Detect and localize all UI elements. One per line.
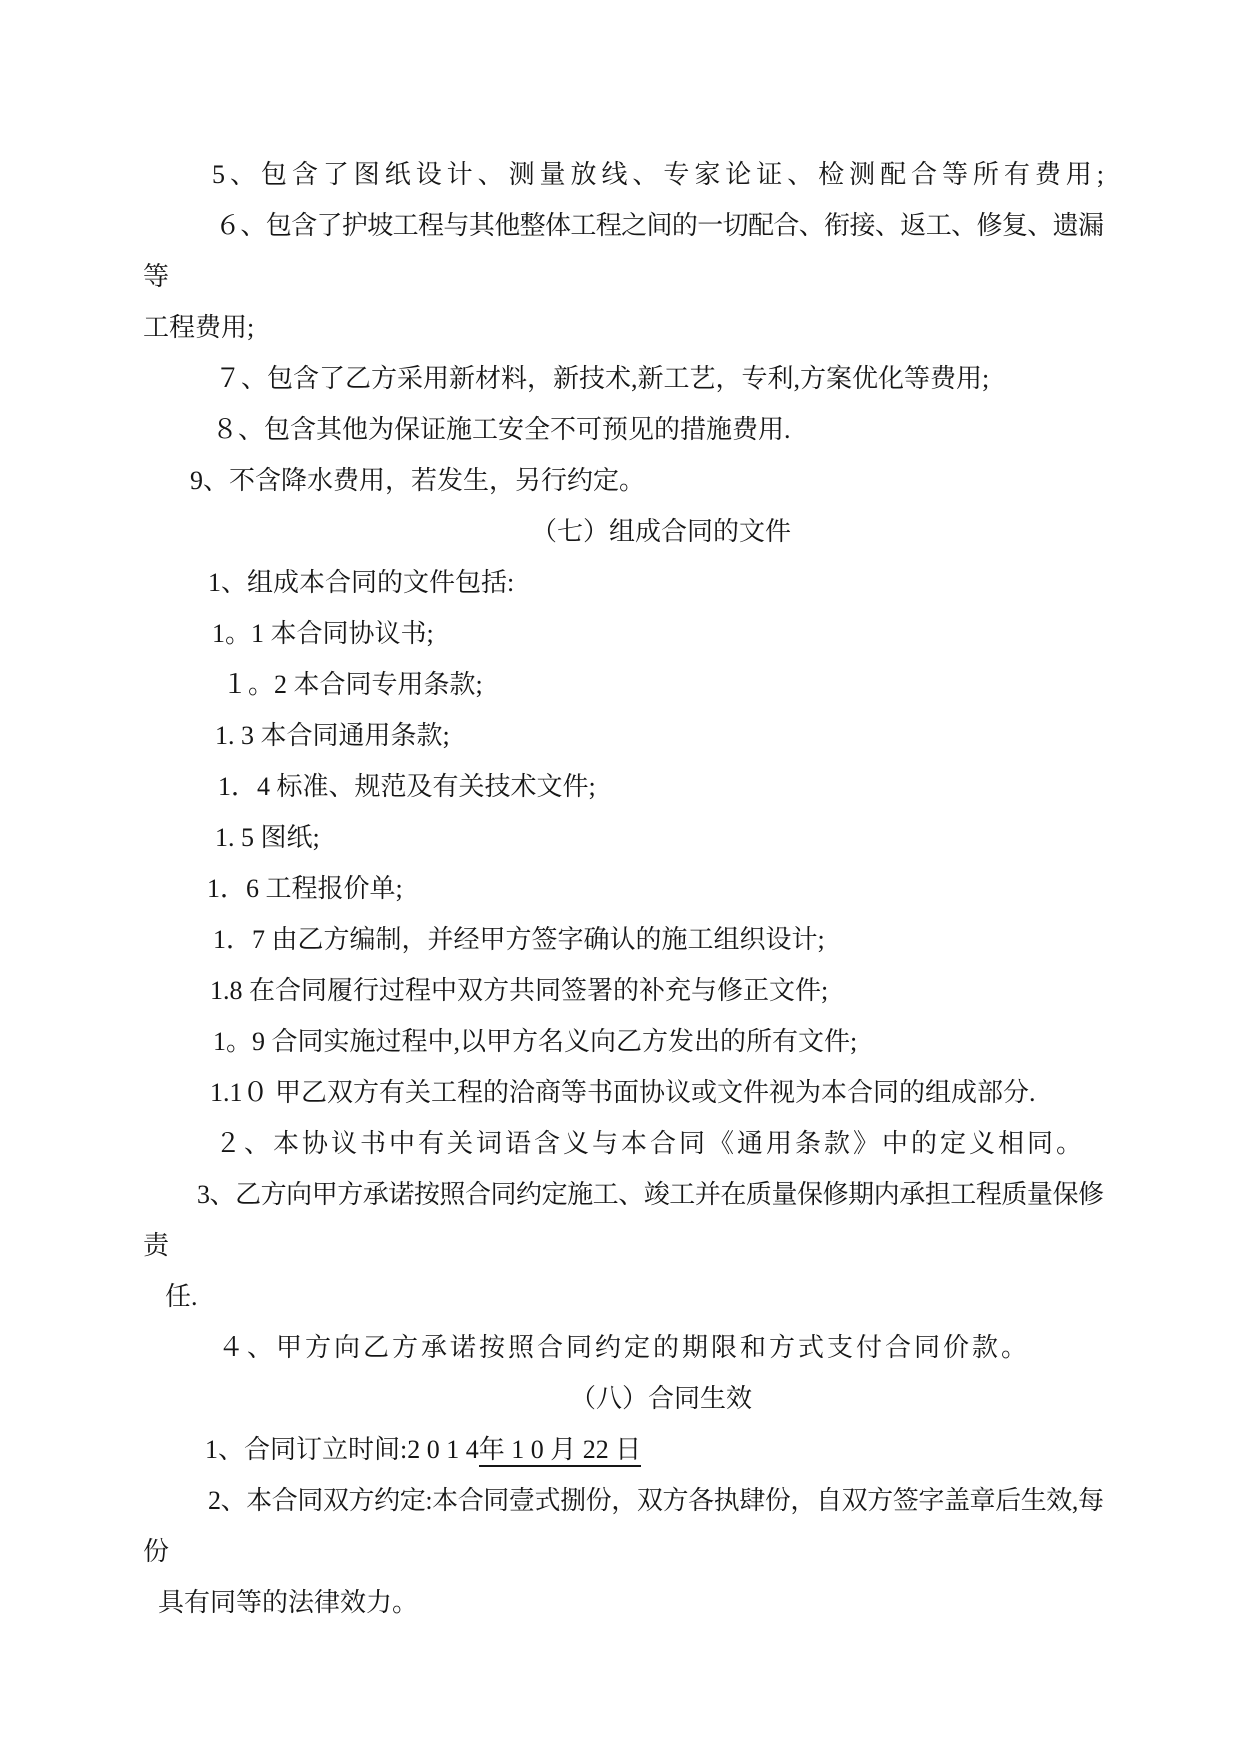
- section7-item-1: 1、组成本合同的文件包括:: [143, 557, 1103, 608]
- section7-item-1-3: 1. 3 本合同通用条款;: [143, 710, 1103, 761]
- section7-item-1-10: 1.1０ 甲乙双方有关工程的洽商等书面协议或文件视为本合同的组成部分.: [143, 1067, 1103, 1118]
- section7-item-1-9: 1。9 合同实施过程中,以甲方名义向乙方发出的所有文件;: [143, 1016, 1103, 1067]
- document-page: 5、包含了图纸设计、测量放线、专家论证、检测配合等所有费用; ６、包含了护坡工程…: [0, 0, 1241, 1754]
- fee-clause-9: 9、不含降水费用，若发生，另行约定。: [143, 455, 1103, 506]
- section7-item-1-6: 1．6 工程报价单;: [143, 863, 1103, 914]
- section7-item-2: ２、本协议书中有关词语含义与本合同《通用条款》中的定义相同。: [143, 1118, 1103, 1169]
- section7-item-3-line1: 3、乙方向甲方承诺按照合同约定施工、竣工并在质量保修期内承担工程质量保修责: [143, 1169, 1103, 1271]
- fee-clause-7: ７、包含了乙方采用新材料，新技术,新工艺，专利,方案优化等费用;: [143, 353, 1103, 404]
- section7-item-1-4: 1．4 标准、规范及有关技术文件;: [143, 761, 1103, 812]
- section7-item-1-5: 1. 5 图纸;: [143, 812, 1103, 863]
- section7-item-1-8: 1.8 在合同履行过程中双方共同签署的补充与修正文件;: [143, 965, 1103, 1016]
- section7-item-4: ４、甲方向乙方承诺按照合同约定的期限和方式支付合同价款。: [143, 1322, 1103, 1373]
- fee-clause-5: 5、包含了图纸设计、测量放线、专家论证、检测配合等所有费用;: [143, 149, 1103, 200]
- section7-item-1-1: 1。1 本合同协议书;: [143, 608, 1103, 659]
- contract-body: 5、包含了图纸设计、测量放线、专家论证、检测配合等所有费用; ６、包含了护坡工程…: [143, 149, 1103, 1628]
- fee-clause-8: ８、包含其他为保证施工安全不可预见的措施费用.: [143, 404, 1103, 455]
- section-8-heading: （八）合同生效: [143, 1373, 1103, 1424]
- section7-item-1-7: 1．7 由乙方编制，并经甲方签字确认的施工组织设计;: [143, 914, 1103, 965]
- section7-item-1-2: １。2 本合同专用条款;: [143, 659, 1103, 710]
- section7-item-3-line2: 任.: [143, 1271, 1103, 1322]
- fee-clause-6-line1: ６、包含了护坡工程与其他整体工程之间的一切配合、衔接、返工、修复、遗漏等: [143, 200, 1103, 302]
- contract-date-underlined: 年 1 0 月 22 日: [479, 1435, 642, 1467]
- section-7-heading: （七）组成合同的文件: [143, 506, 1103, 557]
- contract-date-year: 2 0 1 4: [407, 1435, 479, 1464]
- fee-clause-6-line2: 工程费用;: [143, 302, 1103, 353]
- contract-date-line: 1、合同订立时间:2 0 1 4年 1 0 月 22 日: [143, 1424, 1103, 1475]
- copies-clause-line2: 具有同等的法律效力。: [143, 1577, 1103, 1628]
- copies-clause-line1: 2、本合同双方约定:本合同壹式捌份，双方各执肆份，自双方签字盖章后生效,每份: [143, 1475, 1103, 1577]
- contract-date-label: 1、合同订立时间:: [205, 1435, 407, 1464]
